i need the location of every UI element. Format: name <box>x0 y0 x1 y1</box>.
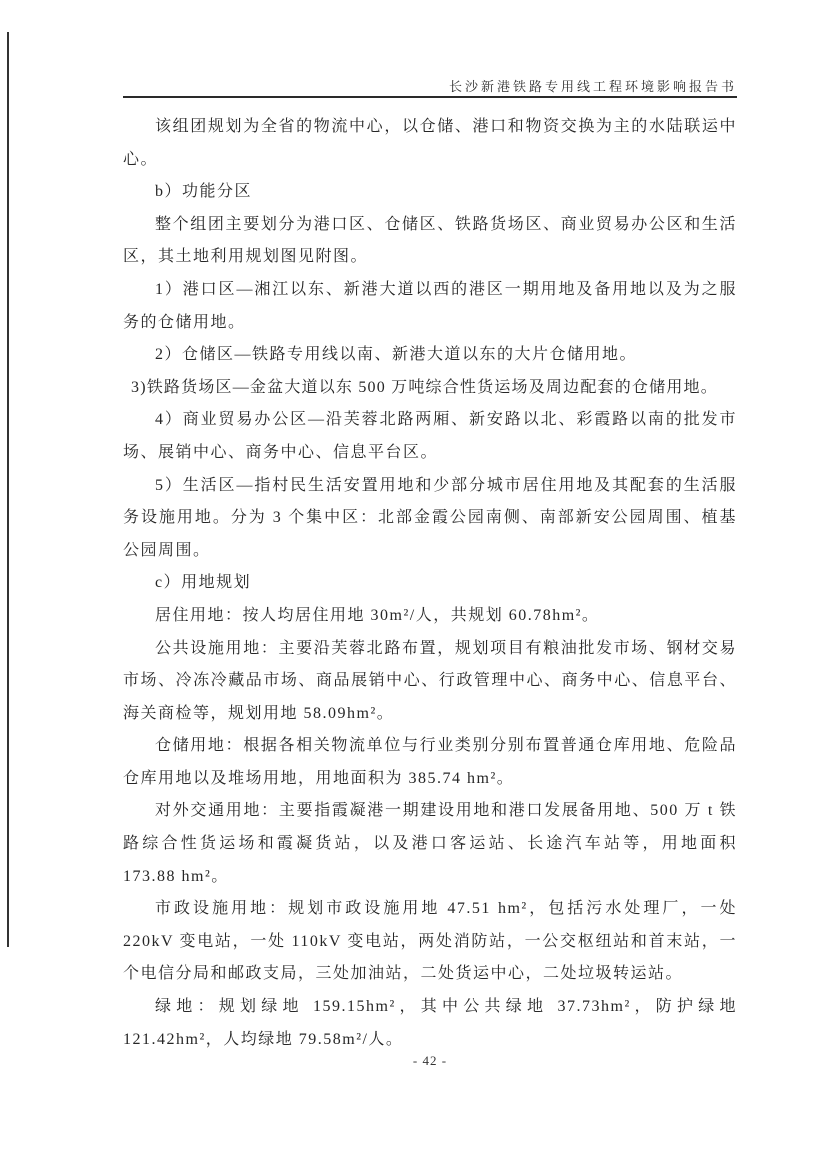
body-paragraph: 绿地：规划绿地 159.15hm²，其中公共绿地 37.73hm²，防护绿地 1… <box>123 991 737 1056</box>
body-paragraph: 市政设施用地：规划市政设施用地 47.51 hm²，包括污水处理厂，一处 220… <box>123 893 737 991</box>
body-paragraph: 仓储用地：根据各相关物流单位与行业类别分别布置普通仓库用地、危险品仓库用地以及堆… <box>123 730 737 795</box>
body-paragraph: 3)铁路货场区—金盆大道以东 500 万吨综合性货运场及周边配套的仓储用地。 <box>123 372 737 405</box>
body-paragraph: 5）生活区—指村民生活安置用地和少部分城市居住用地及其配套的生活服务设施用地。分… <box>123 470 737 568</box>
body-paragraph: b）功能分区 <box>123 176 737 209</box>
document-body: 该组团规划为全省的物流中心，以仓储、港口和物资交换为主的水陆联运中心。b）功能分… <box>123 111 737 1056</box>
body-paragraph: 2）仓储区—铁路专用线以南、新港大道以东的大片仓储用地。 <box>123 339 737 372</box>
document-page: 长沙新港铁路专用线工程环境影响报告书 该组团规划为全省的物流中心，以仓储、港口和… <box>0 0 827 1169</box>
scan-edge-line <box>7 32 9 947</box>
body-paragraph: 4）商业贸易办公区—沿芙蓉北路两厢、新安路以北、彩霞路以南的批发市场、展销中心、… <box>123 404 737 469</box>
body-paragraph: 该组团规划为全省的物流中心，以仓储、港口和物资交换为主的水陆联运中心。 <box>123 111 737 176</box>
body-paragraph: 居住用地：按人均居住用地 30m²/人，共规划 60.78hm²。 <box>123 600 737 633</box>
body-paragraph: c）用地规划 <box>123 567 737 600</box>
body-paragraph: 1）港口区—湘江以东、新港大道以西的港区一期用地及备用地以及为之服务的仓储用地。 <box>123 274 737 339</box>
page-number: - 42 - <box>123 1053 737 1069</box>
body-paragraph: 公共设施用地：主要沿芙蓉北路布置，规划项目有粮油批发市场、钢材交易市场、冷冻冷藏… <box>123 633 737 731</box>
body-paragraph: 整个组团主要划分为港口区、仓储区、铁路货场区、商业贸易办公区和生活区，其土地利用… <box>123 209 737 274</box>
body-paragraph: 对外交通用地：主要指霞凝港一期建设用地和港口发展备用地、500 万 t 铁路综合… <box>123 795 737 893</box>
header-rule <box>123 96 737 98</box>
page-header-title: 长沙新港铁路专用线工程环境影响报告书 <box>123 76 737 95</box>
